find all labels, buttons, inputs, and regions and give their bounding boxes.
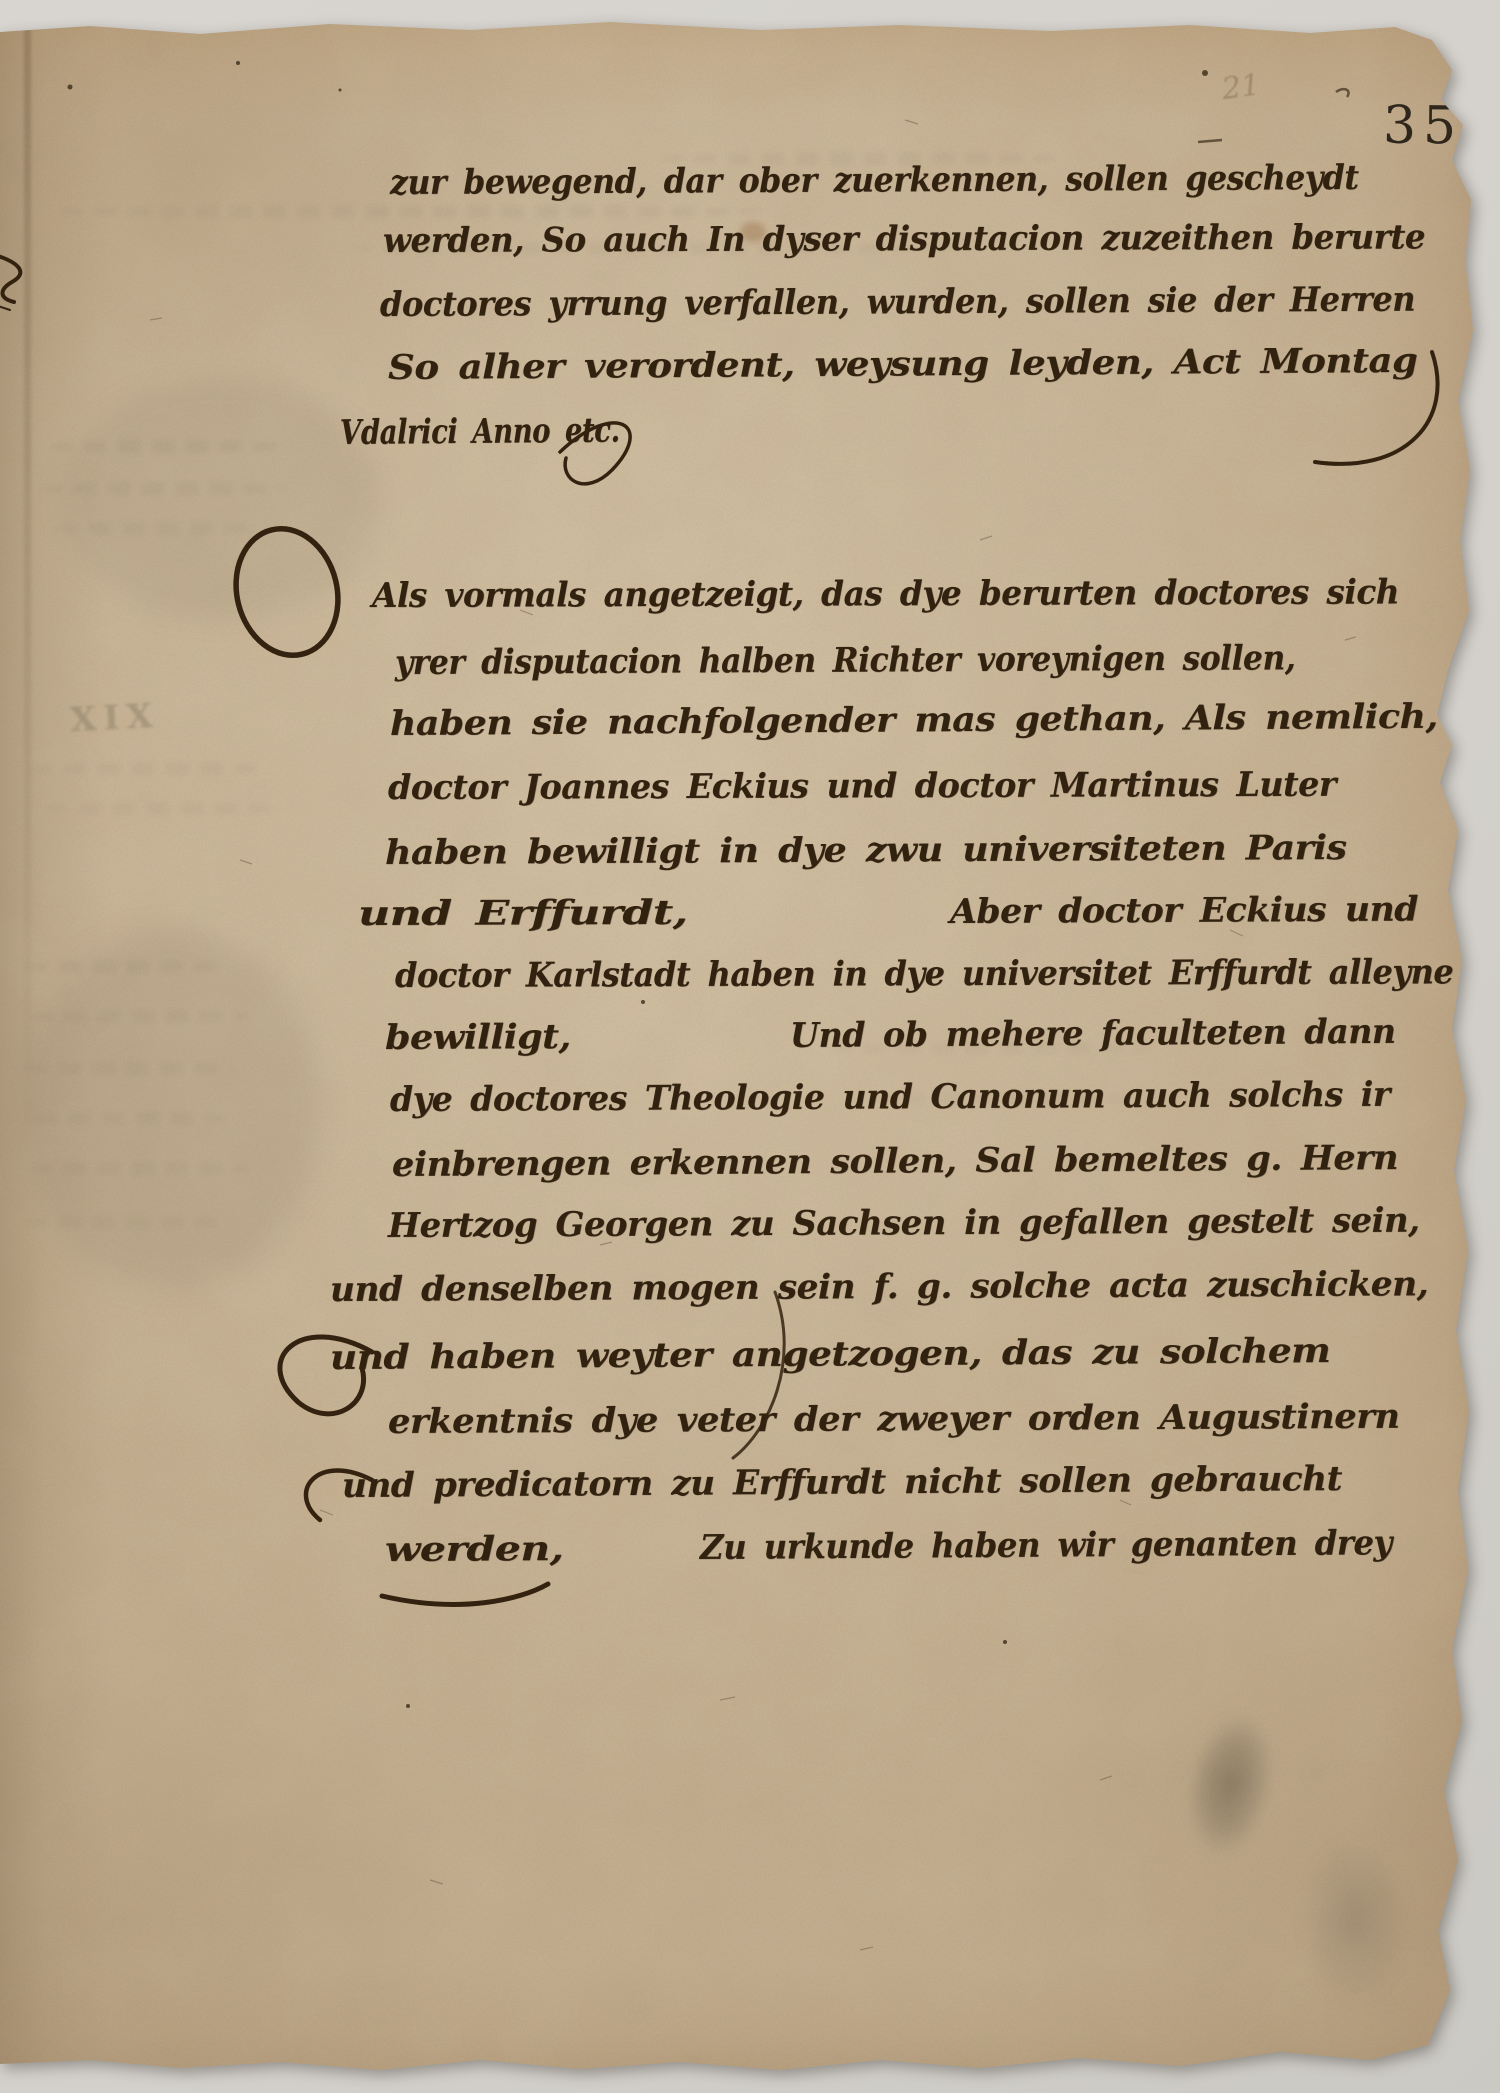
edge-scribble <box>0 306 10 310</box>
showthrough-band <box>30 762 270 775</box>
manuscript-line: und predicatorn zu Erffurdt nicht sollen… <box>342 1459 1342 1506</box>
manuscript-line: doctores yrrung verfallen, wurden, solle… <box>380 280 1415 325</box>
edge-scribble <box>0 256 20 302</box>
manuscript-line: werden, <box>385 1529 564 1570</box>
paper-mottle <box>60 380 380 620</box>
smudge-stain <box>1300 1835 1410 2005</box>
manuscript-line: haben bewilligt in dye zwu universiteten… <box>385 828 1347 873</box>
manuscript-line: einbrengen erkennen sollen, Sal bemeltes… <box>392 1138 1398 1185</box>
manuscript-line: dye doctores Theologie und Canonum auch … <box>390 1075 1390 1120</box>
manuscript-line: Und ob mehere faculteten dann <box>790 1012 1396 1056</box>
smudge-stain <box>1174 1705 1287 1865</box>
manuscript-page: zur bewegend, dar ober zuerkennen, solle… <box>0 0 1500 2093</box>
manuscript-line: Hertzog Georgen zu Sachsen in gefallen g… <box>388 1201 1420 1246</box>
showthrough-band <box>45 802 275 815</box>
manuscript-line: werden, So auch In dyser disputacion zuz… <box>383 217 1425 261</box>
showthrough-band <box>60 205 760 218</box>
manuscript-line: Aber doctor Eckius und <box>950 890 1418 932</box>
manuscript-line: Vdalrici Anno etc. <box>340 411 620 453</box>
manuscript-line: So alher verordent, weysung leyden, Act … <box>388 341 1418 388</box>
manuscript-line: und denselben mogen sein f. g. solche ac… <box>330 1264 1428 1310</box>
manuscript-line: und Erffurdt, <box>358 893 687 934</box>
werden-tail-flourish <box>382 1584 548 1604</box>
verso-showthrough-numeral: XIX <box>69 696 161 741</box>
page-shadow: zur bewegend, dar ober zuerkennen, solle… <box>0 0 1500 2093</box>
paper-mottle <box>20 930 320 1290</box>
manuscript-line: Zu urkunde haben wir genanten drey <box>700 1523 1392 1568</box>
manuscript-line: zur bewegend, dar ober zuerkennen, solle… <box>390 158 1359 203</box>
manuscript-line: und haben weyter angetzogen, das zu solc… <box>330 1331 1331 1378</box>
pencil-folio-number: 21 <box>1220 68 1262 107</box>
page-number: 35 <box>1383 96 1464 157</box>
ink-dashes <box>1198 89 1349 142</box>
manuscript-line: haben sie nachfolgender mas gethan, Als … <box>390 697 1438 744</box>
manuscript-line: doctor Karlstadt haben in dye universite… <box>395 952 1453 996</box>
manuscript-line: Als vormals angetzeigt, das dye berurten… <box>372 572 1399 616</box>
manuscript-line: bewilligt, <box>385 1017 571 1058</box>
scan-background: zur bewegend, dar ober zuerkennen, solle… <box>0 0 1500 2093</box>
manuscript-line: erkentnis dye veter der zweyer orden Aug… <box>388 1397 1400 1442</box>
manuscript-line: yrer disputacion halben Richter voreynig… <box>395 638 1295 683</box>
manuscript-line: doctor Joannes Eckius und doctor Martinu… <box>388 765 1336 808</box>
